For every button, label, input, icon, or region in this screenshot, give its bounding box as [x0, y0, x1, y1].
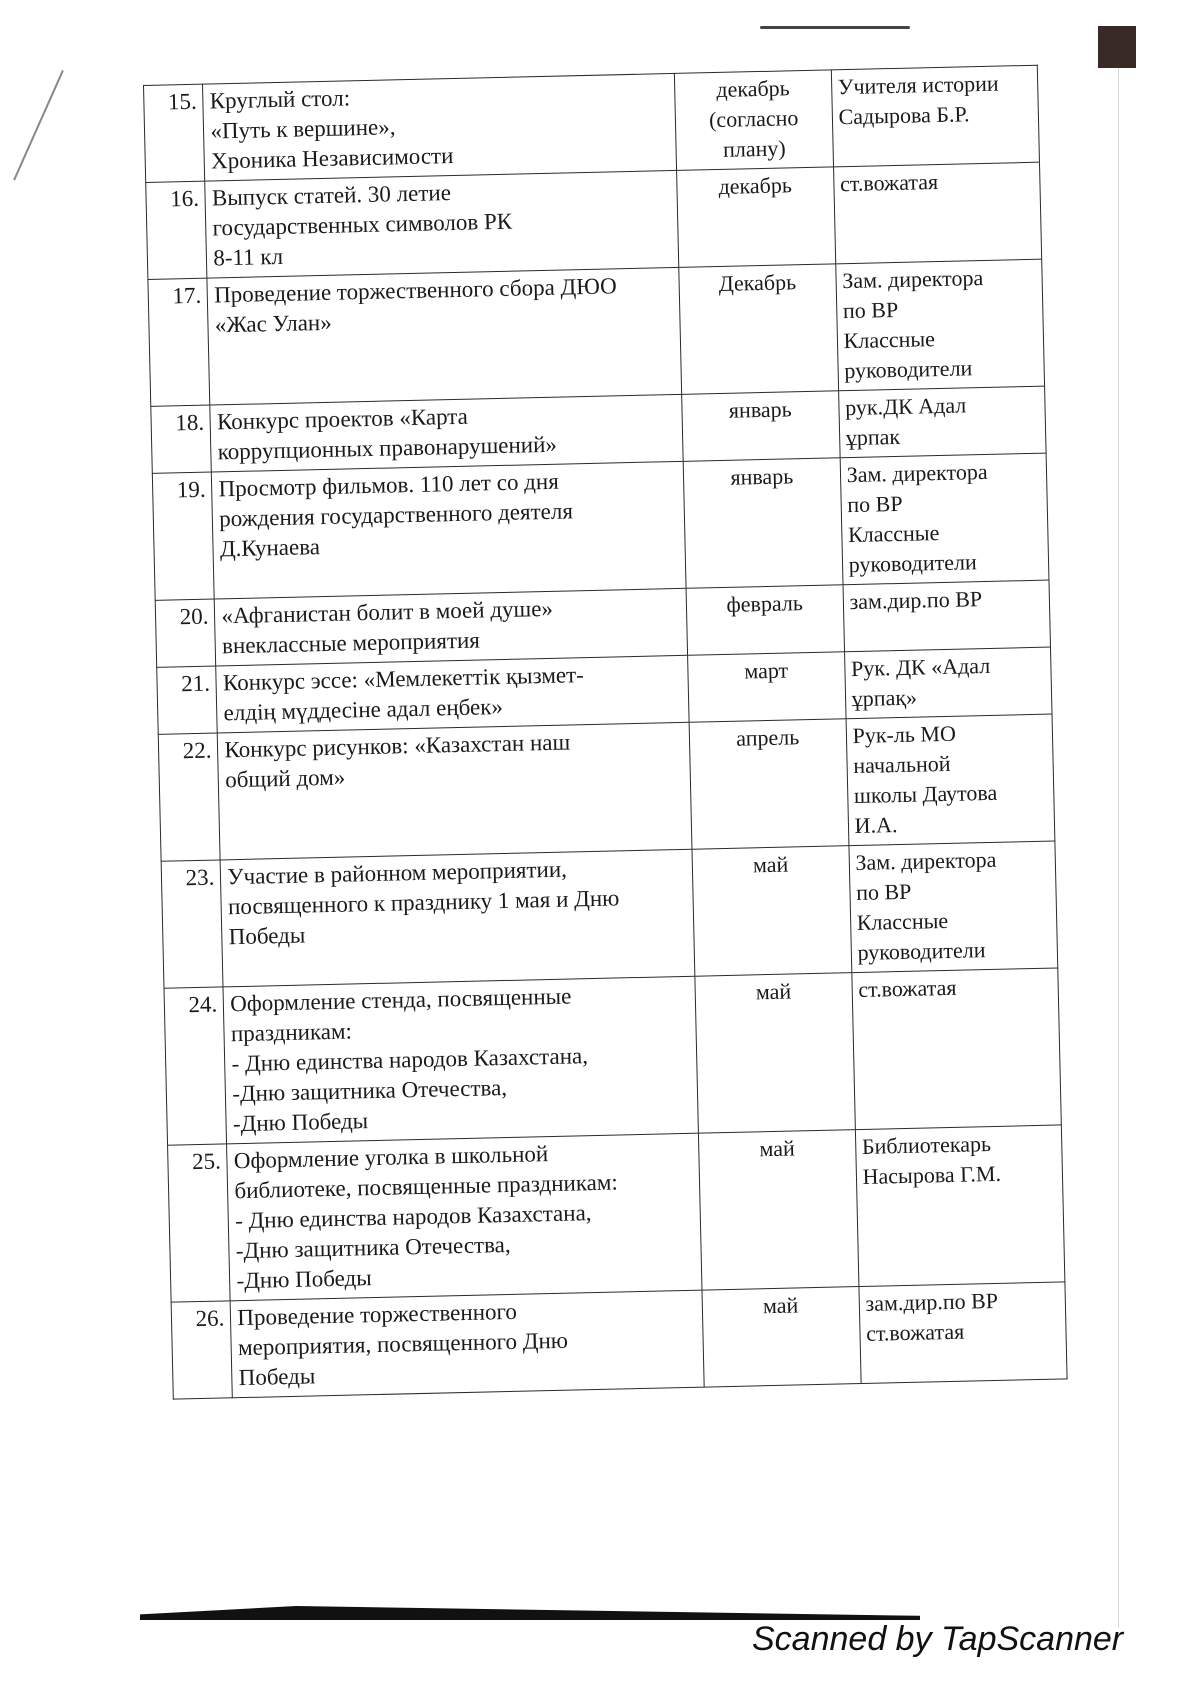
scan-shadow-top	[760, 26, 910, 29]
date-cell-line: май	[701, 975, 845, 1008]
responsible-cell: рук.ДК Адалұрпак	[838, 386, 1046, 458]
event-cell: Просмотр фильмов. 110 лет со днярождения…	[212, 461, 686, 599]
date-cell-line: январь	[688, 393, 832, 426]
date-cell: май	[692, 846, 852, 977]
event-plan-document: 15.Круглый стол: «Путь к вершине»,Хроник…	[143, 65, 1068, 1400]
responsible-cell-line: Классные	[848, 516, 1042, 550]
scan-corner-mark	[1098, 26, 1136, 68]
responsible-cell-line: по ВР	[847, 486, 1041, 520]
event-cell: Конкурс эссе: «Мемлекеттік қызмет-елдің …	[216, 655, 689, 733]
date-cell-line: декабрь	[681, 73, 825, 106]
table-row: 24.Оформление стенда, посвященныепраздни…	[164, 968, 1061, 1145]
date-cell: февраль	[686, 585, 844, 656]
table-row: 17.Проведение торжественного сбора ДЮО«Ж…	[148, 259, 1045, 406]
row-number: 15.	[144, 84, 206, 182]
table-row: 23.Участие в районном мероприятии,посвящ…	[161, 841, 1058, 988]
responsible-cell: ст.вожатая	[833, 162, 1041, 264]
responsible-cell: Зам. директорапо ВРКлассныеруководители	[835, 259, 1044, 391]
date-cell: декабрь	[676, 167, 835, 268]
date-cell-line: декабрь	[683, 170, 827, 203]
event-cell: Проведение торжественногомероприятия, по…	[230, 1290, 704, 1398]
date-cell: май	[698, 1130, 858, 1291]
date-cell-line: январь	[690, 460, 834, 493]
event-cell: Выпуск статей. 30 летиегосударственных с…	[205, 170, 679, 278]
date-cell: январь	[682, 391, 840, 462]
responsible-cell: Рук-ль МОначальнойшколы ДаутоваИ.А.	[846, 714, 1055, 846]
responsible-cell: Зам. директорапо ВРКлассныеруководители	[840, 453, 1049, 585]
row-number: 23.	[161, 860, 223, 988]
row-number: 21.	[157, 666, 218, 734]
responsible-cell-line: начальной	[853, 747, 1047, 781]
event-cell: Круглый стол: «Путь к вершине»,Хроника Н…	[203, 73, 677, 181]
responsible-cell-line: по ВР	[843, 292, 1037, 326]
row-number: 19.	[152, 472, 214, 600]
responsible-cell-line: школы Даутова	[854, 777, 1048, 811]
responsible-cell: ст.вожатая	[851, 968, 1061, 1130]
responsible-cell-line: Библиотекарь	[862, 1128, 1056, 1162]
responsible-cell-line: руководители	[848, 546, 1042, 580]
responsible-cell: БиблиотекарьНасырова Г.М.	[855, 1125, 1065, 1287]
responsible-cell-line: Рук. ДК «Адал	[851, 650, 1045, 684]
responsible-cell-line: рук.ДК Адал	[845, 389, 1039, 423]
row-number: 25.	[168, 1144, 231, 1302]
date-cell-line: май	[708, 1289, 852, 1322]
date-cell-line: Декабрь	[685, 266, 829, 299]
responsible-cell-line: ст.вожатая	[866, 1315, 1060, 1349]
responsible-cell: зам.дир.по ВР	[843, 580, 1051, 652]
responsible-cell-line: ұрпак	[846, 419, 1040, 453]
responsible-cell-line: Рук-ль МО	[852, 717, 1046, 751]
date-cell-line: (согласно	[681, 103, 825, 136]
row-number: 16.	[146, 181, 208, 279]
row-number: 22.	[158, 733, 220, 861]
event-plan-table: 15.Круглый стол: «Путь к вершине»,Хроник…	[143, 65, 1068, 1400]
date-cell-line: май	[698, 848, 842, 881]
table-row: 19.Просмотр фильмов. 110 лет со днярожде…	[152, 453, 1049, 600]
responsible-cell-line: зам.дир.по ВР	[849, 583, 1043, 617]
responsible-cell-line: Классные	[843, 322, 1037, 356]
responsible-cell-line: ұрпақ»	[851, 680, 1045, 714]
event-cell: Проведение торжественного сбора ДЮО«Жас …	[207, 267, 681, 405]
event-cell: Оформление уголка в школьнойбиблиотеке, …	[227, 1133, 702, 1301]
responsible-cell: зам.дир.по ВРст.вожатая	[859, 1282, 1067, 1384]
date-cell-line: апрель	[696, 721, 840, 754]
date-cell: Декабрь	[679, 264, 839, 395]
row-number: 20.	[155, 599, 216, 667]
paper-fold-line	[13, 70, 64, 180]
table-row: 25.Оформление уголка в школьнойбиблиотек…	[168, 1125, 1065, 1302]
responsible-cell-line: Зам. директора	[842, 262, 1036, 296]
responsible-cell-line: Учителя истории	[838, 68, 1032, 102]
date-cell: май	[702, 1287, 861, 1388]
responsible-cell-line: Зам. директора	[846, 456, 1040, 490]
row-number: 26.	[171, 1301, 233, 1399]
responsible-cell-line: И.А.	[854, 807, 1048, 841]
date-cell-line: март	[694, 654, 838, 687]
responsible-cell: Рук. ДК «Адалұрпақ»	[844, 647, 1052, 719]
page-edge	[1118, 28, 1119, 1628]
responsible-cell-line: Классные	[857, 904, 1051, 938]
date-cell: декабрь(согласноплану)	[674, 70, 833, 171]
row-number: 18.	[151, 405, 212, 473]
date-cell: май	[695, 973, 855, 1134]
responsible-cell-line: зам.дир.по ВР	[865, 1285, 1059, 1319]
event-cell: Конкурс проектов «Картакоррупционных пра…	[210, 394, 683, 472]
event-cell: Оформление стенда, посвященныепраздникам…	[223, 976, 698, 1144]
responsible-cell-line: ст.вожатая	[840, 165, 1034, 199]
responsible-cell: Учителя историиСадырова Б.Р.	[831, 65, 1039, 167]
event-cell: Конкурс рисунков: «Казахстан нашобщий до…	[218, 722, 692, 860]
date-cell-line: февраль	[692, 587, 836, 620]
responsible-cell-line: Зам. директора	[855, 844, 1049, 878]
responsible-cell-line: ст.вожатая	[858, 971, 1052, 1005]
event-cell: Участие в районном мероприятии,посвященн…	[220, 849, 694, 987]
responsible-cell-line: Насырова Г.М.	[862, 1158, 1056, 1192]
scan-shadow-bottom	[140, 1606, 920, 1620]
date-cell: январь	[683, 458, 843, 589]
date-cell-line: плану)	[682, 133, 826, 166]
table-row: 26.Проведение торжественногомероприятия,…	[171, 1282, 1067, 1399]
responsible-cell-line: по ВР	[856, 874, 1050, 908]
row-number: 24.	[164, 987, 227, 1145]
scanner-watermark: Scanned by TapScanner	[752, 1620, 1123, 1659]
responsible-cell-line: Садырова Б.Р.	[838, 98, 1032, 132]
responsible-cell-line: руководители	[844, 352, 1038, 386]
responsible-cell: Зам. директорапо ВРКлассныеруководители	[849, 841, 1058, 973]
row-number: 17.	[148, 278, 210, 406]
responsible-cell-line: руководители	[857, 934, 1051, 968]
date-cell: апрель	[689, 719, 849, 850]
event-cell: «Афганистан болит в моей душе»внеклассны…	[215, 588, 688, 666]
table-row: 22.Конкурс рисунков: «Казахстан нашобщий…	[158, 714, 1055, 861]
date-cell-line: май	[705, 1132, 849, 1165]
date-cell: март	[687, 652, 845, 723]
